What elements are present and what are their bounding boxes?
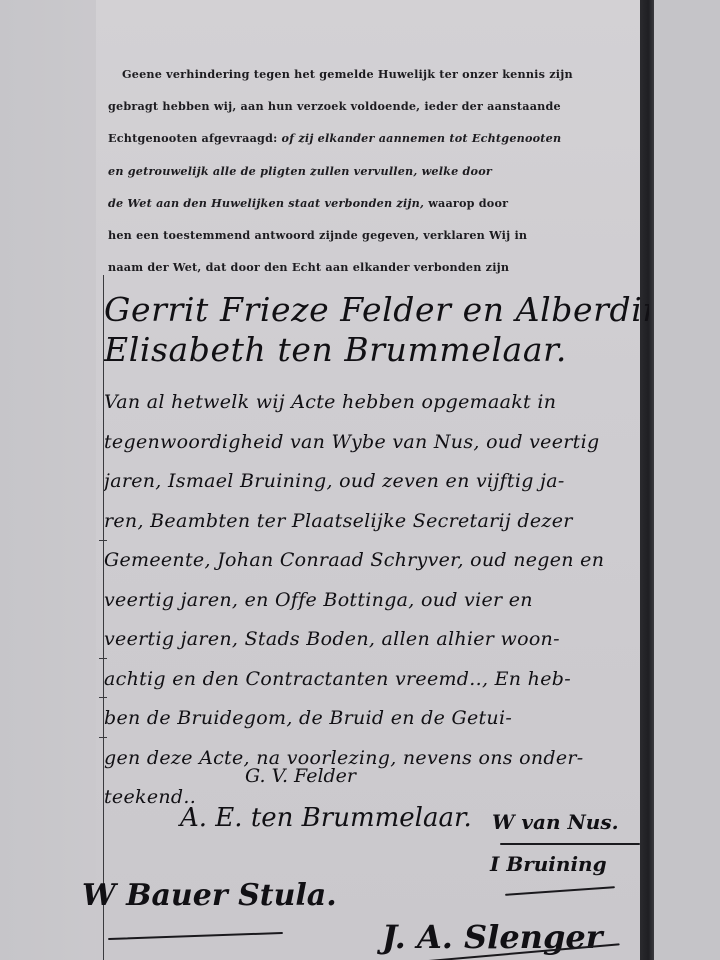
signature-official-slenger: J. A. Slenger [382, 918, 603, 956]
printed-line: en getrouwelijk alle de pligten zullen v… [108, 155, 643, 187]
bride-surname-line: Elisabeth ten Brummelaar. [104, 330, 649, 370]
handwritten-line: veertig jaren, en Offe Bottinga, oud vie… [104, 581, 649, 621]
printed-line: gebragt hebben wij, aan hun verzoek vold… [108, 90, 643, 122]
handwritten-line: tegenwoordigheid van Wybe van Nus, oud v… [104, 423, 649, 463]
printed-line: Echtgenooten afgevraagd: of zij elkander… [108, 122, 643, 154]
printed-line: de Wet aan den Huwelijken staat verbonde… [108, 187, 643, 219]
handwritten-line: jaren, Ismael Bruining, oud zeven en vij… [104, 462, 649, 502]
printed-line: Geene verhindering tegen het gemelde Huw… [108, 58, 643, 90]
couple-names: Gerrit Frieze Felder en Alberdina Elisab… [104, 290, 649, 370]
handwritten-line: ren, Beambten ter Plaatselijke Secretari… [104, 502, 649, 542]
printed-line: naam der Wet, dat door den Echt aan elka… [108, 251, 643, 283]
handwritten-line: ben de Bruidegom, de Bruid en de Getui- [104, 699, 649, 739]
signature-witness-van-nus: W van Nus. [492, 810, 619, 834]
signature-official-bauer: W Bauer Stula. [82, 878, 337, 913]
printed-line: hen een toestemmend antwoord zijnde gege… [108, 219, 643, 251]
background-surface [654, 0, 720, 960]
signature-groom: G. V. Felder [245, 765, 356, 787]
signature-bride: A. E. ten Brummelaar. [180, 803, 472, 833]
handwritten-line: Van al hetwelk wij Acte hebben opgemaakt… [104, 383, 649, 423]
signature-underline [500, 843, 640, 845]
printed-form-text: Geene verhindering tegen het gemelde Huw… [108, 58, 643, 283]
document-photo: Geene verhindering tegen het gemelde Huw… [0, 0, 720, 960]
groom-bride-line: Gerrit Frieze Felder en Alberdina [104, 290, 649, 330]
handwritten-body: Van al hetwelk wij Acte hebben opgemaakt… [104, 383, 649, 818]
handwritten-line: Gemeente, Johan Conraad Schryver, oud ne… [104, 541, 649, 581]
handwritten-line: achtig en den Contractanten vreemd.., En… [104, 660, 649, 700]
handwritten-line: gen deze Acte, na voorlezing, nevens ons… [104, 739, 649, 779]
signature-witness-bruining: I Bruining [490, 852, 607, 876]
handwritten-line: veertig jaren, Stads Boden, allen alhier… [104, 620, 649, 660]
